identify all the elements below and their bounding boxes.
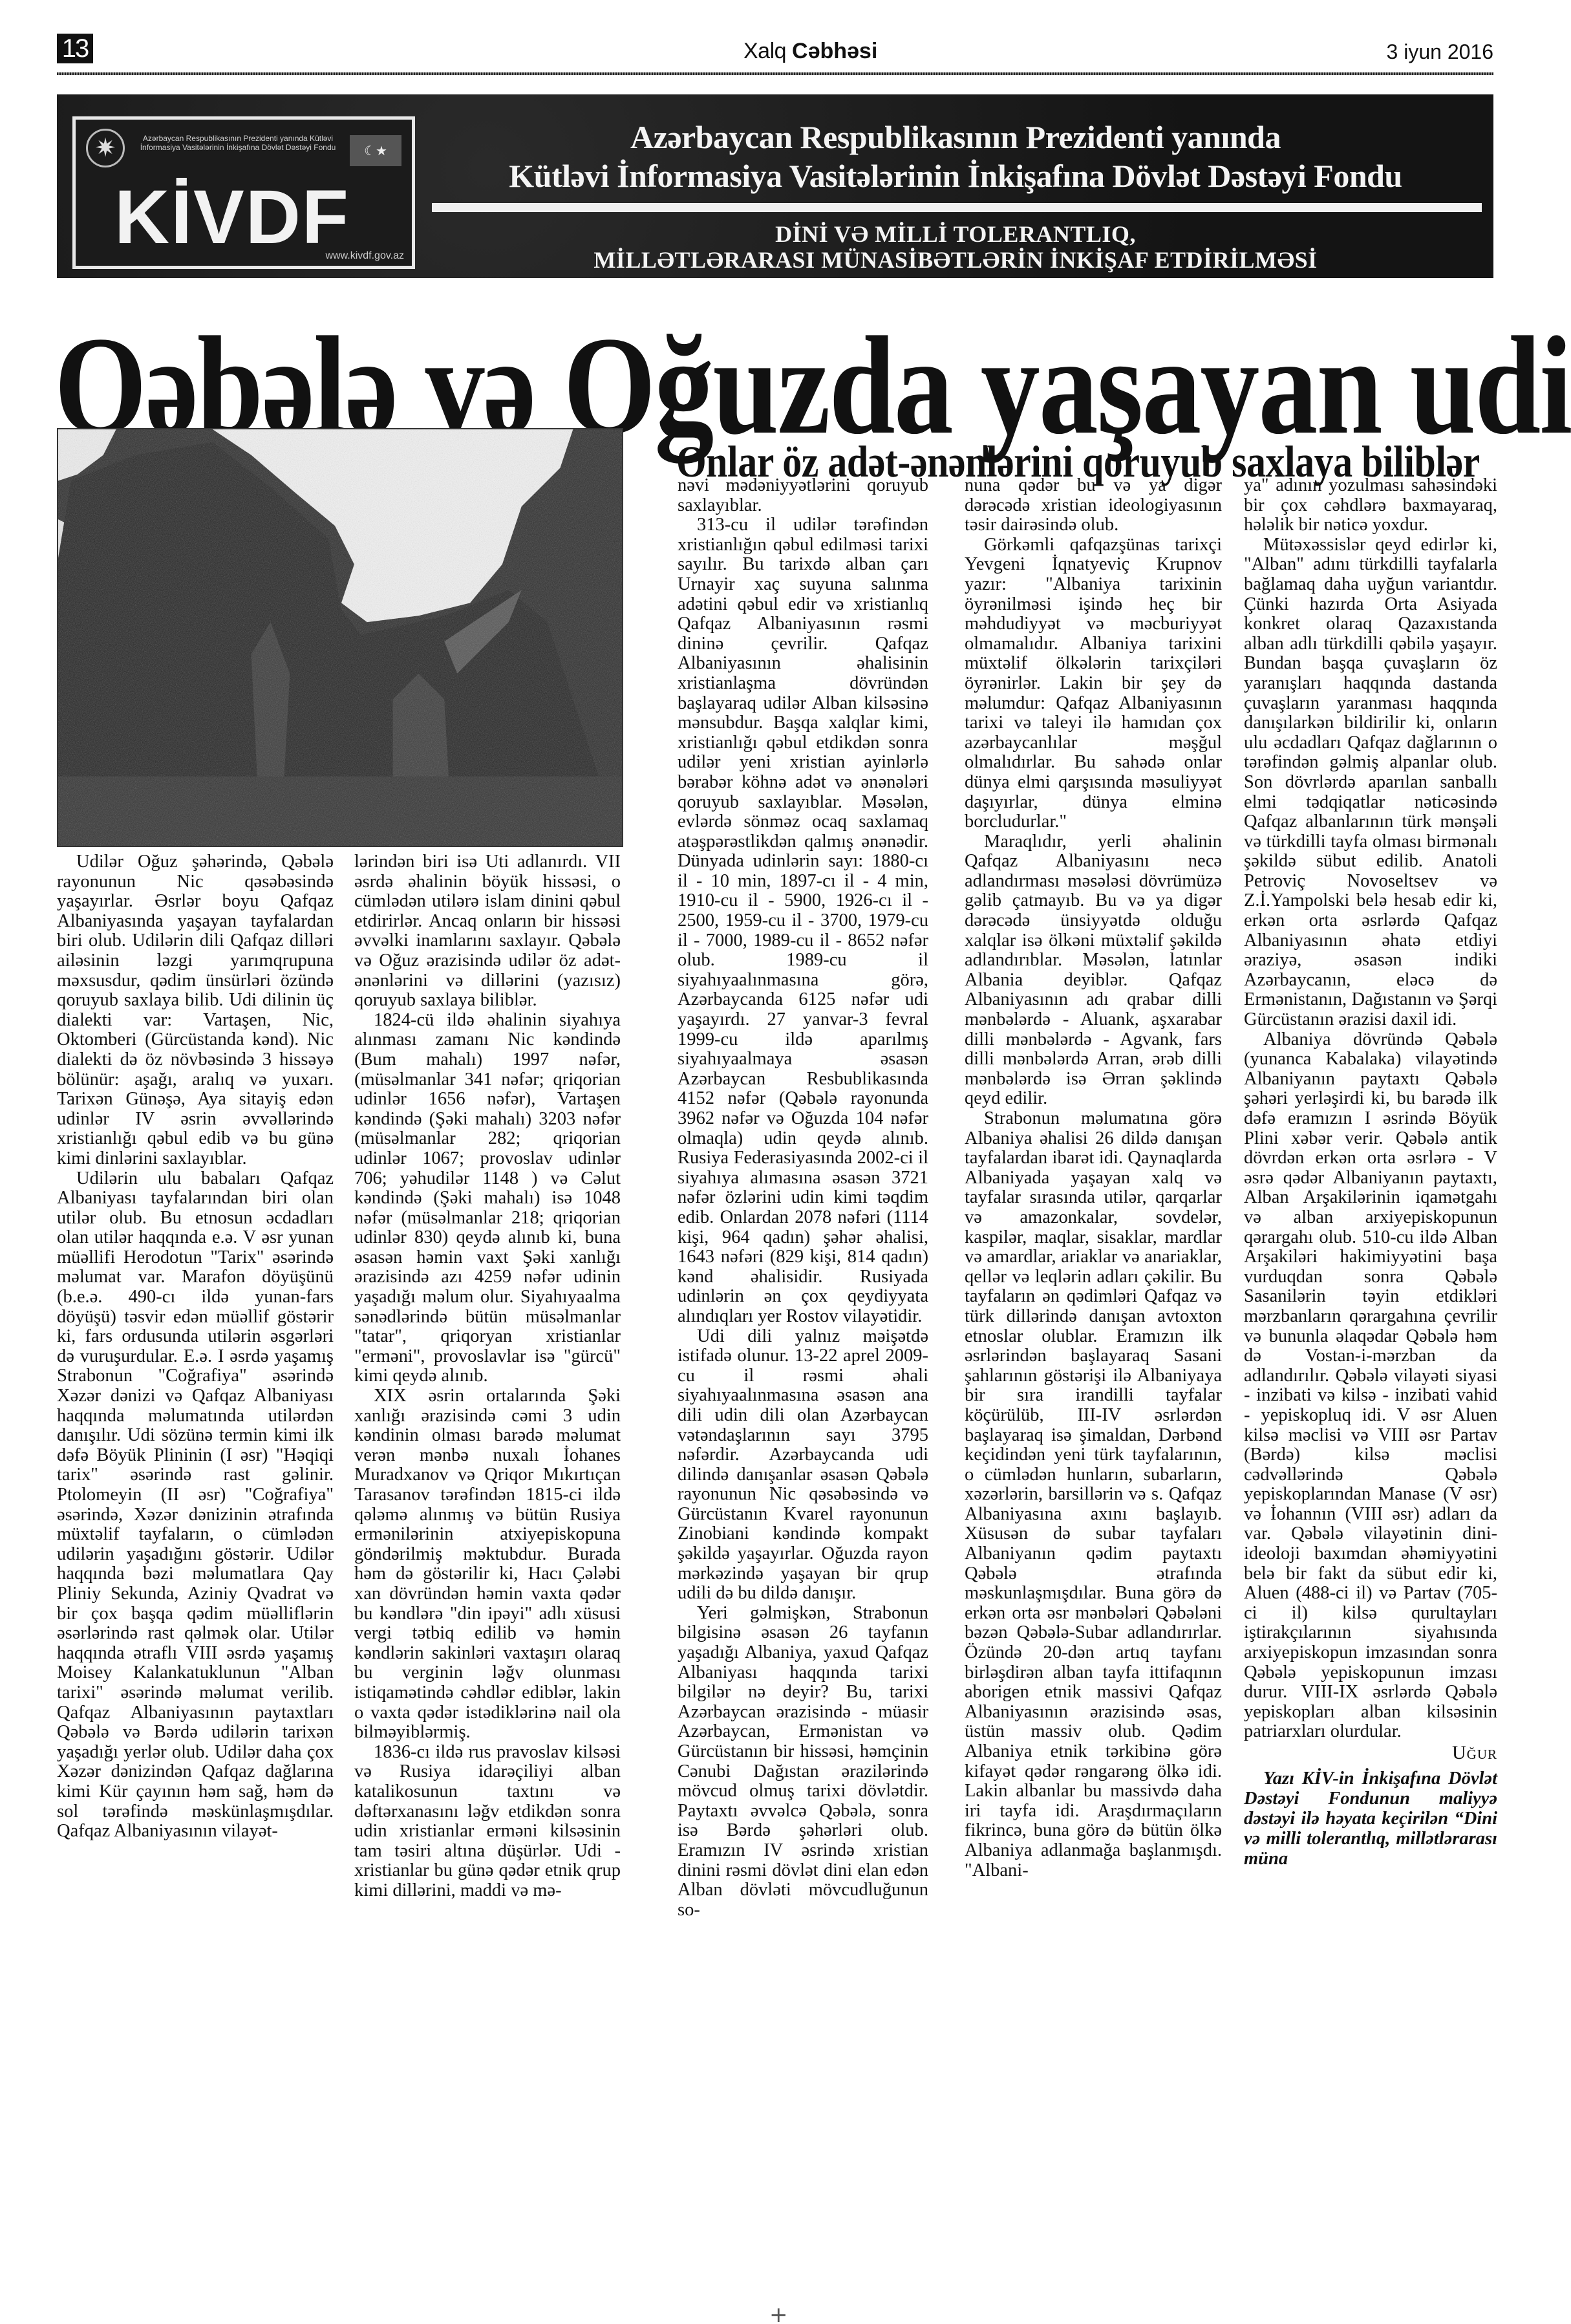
article-column-1: Udilər Oğuz şəhərində, Qəbələ rayonunun …	[57, 852, 334, 1842]
paragraph: 1836-cı ildə rus pravoslav kilsəsi və Ru…	[354, 1743, 621, 1901]
banner-subtitle: Dİnİ və Mİllİ TOLERANTLIQ, Mİllətləraras…	[432, 221, 1479, 273]
banner-title-line2: Kütləvi İnformasiya Vasitələrinin İnkişa…	[432, 156, 1479, 195]
article-column-2: lərindən biri isə Uti adlanırdı. VII əsr…	[354, 852, 621, 1900]
logo-url: www.kivdf.gov.az	[325, 250, 404, 262]
paragraph: XIX əsrin ortalarında Şəki xanlığı ərazi…	[354, 1386, 621, 1743]
paragraph: nuna qədər bu və ya digər dərəcədə xrist…	[965, 476, 1222, 535]
paragraph: lərindən biri isə Uti adlanırdı. VII əsr…	[354, 852, 621, 1011]
azerbaijan-emblem-icon: ✷	[86, 129, 125, 167]
paragraph: 1824-cü ildə əhalinin siyahıya alınması …	[354, 1011, 621, 1386]
paragraph: Albaniya dövründə Qəbələ (yunanca Kabala…	[1244, 1030, 1497, 1742]
paragraph: Mütəxəssislər qeyd edirlər ki, "Alban" a…	[1244, 535, 1497, 1030]
banner-title: Azərbaycan Respublikasının Prezidenti ya…	[432, 118, 1479, 195]
banner-subtitle-line2: Mİllətlərarası Münasİbətlərİn İnkİşaf Et…	[432, 247, 1479, 273]
article-column-5: ya" adının yozulması sahəsindəki bir çox…	[1244, 476, 1497, 1869]
azerbaijan-flag-icon: ☾★	[350, 135, 401, 166]
kivdf-logo: ✷ Azərbaycan Respublikasının Prezidenti …	[72, 116, 415, 269]
logo-caption: Azərbaycan Respublikasının Prezidenti ya…	[138, 134, 338, 152]
banner-title-line1: Azərbaycan Respublikasının Prezidenti ya…	[432, 118, 1479, 156]
paragraph: Görkəmli qafqazşünas tarixçi Yevgeni İqn…	[965, 535, 1222, 832]
paragraph: Maraqlıdır, yerli əhalinin Qafqaz Albani…	[965, 832, 1222, 1109]
newspaper-name-light: Xalq	[743, 39, 786, 63]
church-ruins-photo-icon	[58, 429, 622, 846]
paragraph: nəvi mədəniyyətlərini qoruyub saxlayıbla…	[678, 476, 928, 515]
article-column-4: nuna qədər bu və ya digər dərəcədə xrist…	[965, 476, 1222, 1880]
article-column-3: nəvi mədəniyyətlərini qoruyub saxlayıbla…	[678, 476, 928, 1920]
paragraph: Strabonun məlumatına görə Albaniya əhali…	[965, 1109, 1222, 1880]
newspaper-name: Xalq Cəbhəsi	[743, 39, 877, 64]
newspaper-name-bold: Cəbhəsi	[792, 39, 877, 63]
banner-subtitle-line1: Dİnİ və Mİllİ TOLERANTLIQ,	[432, 221, 1479, 247]
paragraph: ya" adının yozulması sahəsindəki bir çox…	[1244, 476, 1497, 535]
paragraph: Udilərin ulu babaları Qafqaz Albaniyası …	[57, 1169, 334, 1842]
author-byline: Uğur	[1244, 1743, 1497, 1763]
article-photo	[57, 428, 623, 847]
paragraph: Yeri gəlmişkən, Strabonun bilgisinə əsas…	[678, 1604, 928, 1921]
header-divider	[57, 72, 1493, 75]
funding-credit: Yazı KİV-in İnkişafına Dövlət Dəstəyi Fo…	[1244, 1769, 1497, 1869]
logo-acronym: KİVDF	[114, 179, 350, 255]
issue-date: 3 iyun 2016	[1387, 40, 1493, 64]
sponsor-banner: ✷ Azərbaycan Respublikasının Prezidenti …	[57, 94, 1493, 278]
registration-mark-icon: +	[769, 2302, 788, 2324]
paragraph: Udilər Oğuz şəhərində, Qəbələ rayonunun …	[57, 852, 334, 1169]
paragraph: Udi dili yalnız məişətdə istifadə olunur…	[678, 1327, 928, 1604]
page-number: 13	[57, 34, 93, 63]
banner-divider	[432, 203, 1482, 212]
paragraph: 313-cu il udilər tərəfindən xristianlığı…	[678, 515, 928, 1326]
